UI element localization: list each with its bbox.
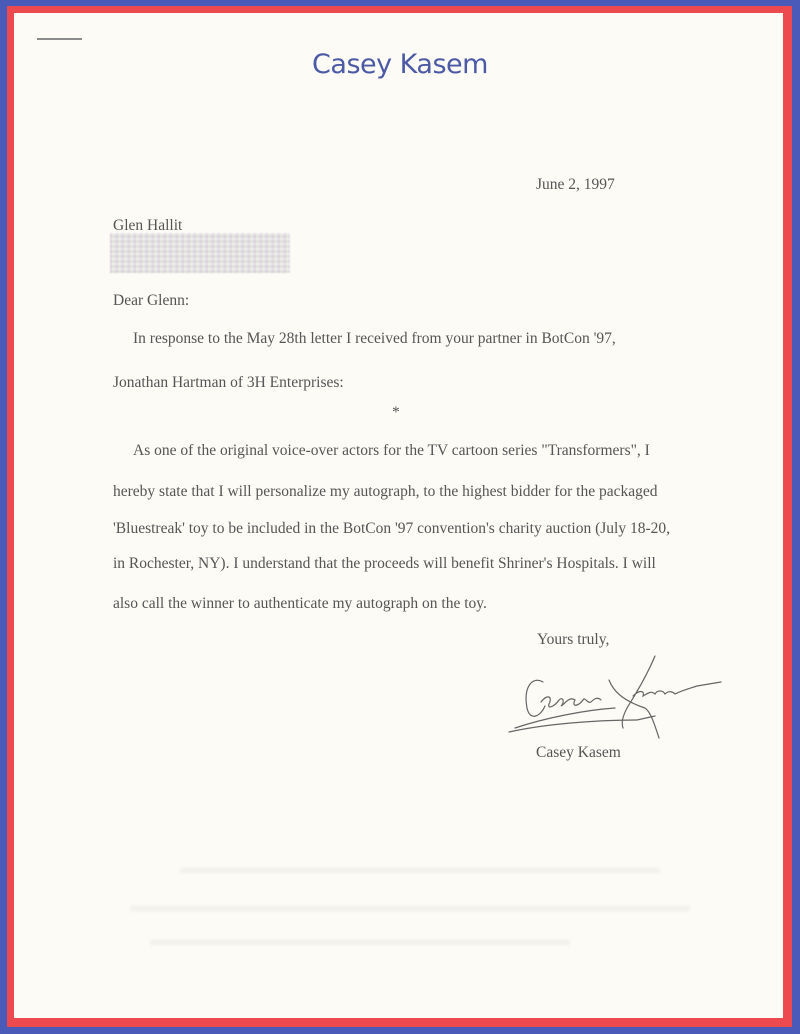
body-line-6: in Rochester, NY). I understand that the… bbox=[113, 555, 656, 573]
show-through-text bbox=[180, 868, 660, 873]
section-asterisk: * bbox=[392, 404, 400, 422]
handwritten-signature-icon bbox=[505, 650, 725, 745]
body-line-2: Jonathan Hartman of 3H Enterprises: bbox=[113, 374, 344, 392]
letter-date: June 2, 1997 bbox=[536, 176, 615, 194]
body-line-7: also call the winner to authenticate my … bbox=[113, 595, 487, 613]
salutation: Dear Glenn: bbox=[113, 292, 189, 310]
redacted-address bbox=[110, 233, 290, 273]
closing: Yours truly, bbox=[537, 631, 609, 649]
body-line-3: As one of the original voice-over actors… bbox=[133, 442, 650, 460]
body-line-4: hereby state that I will personalize my … bbox=[113, 483, 657, 501]
signed-name: Casey Kasem bbox=[536, 744, 621, 762]
show-through-text bbox=[150, 940, 570, 945]
body-line-5: 'Bluestreak' toy to be included in the B… bbox=[113, 520, 670, 538]
body-line-1: In response to the May 28th letter I rec… bbox=[133, 330, 616, 348]
show-through-text bbox=[130, 906, 690, 911]
letterhead: Casey Kasem bbox=[0, 49, 800, 80]
corner-mark bbox=[37, 38, 82, 40]
